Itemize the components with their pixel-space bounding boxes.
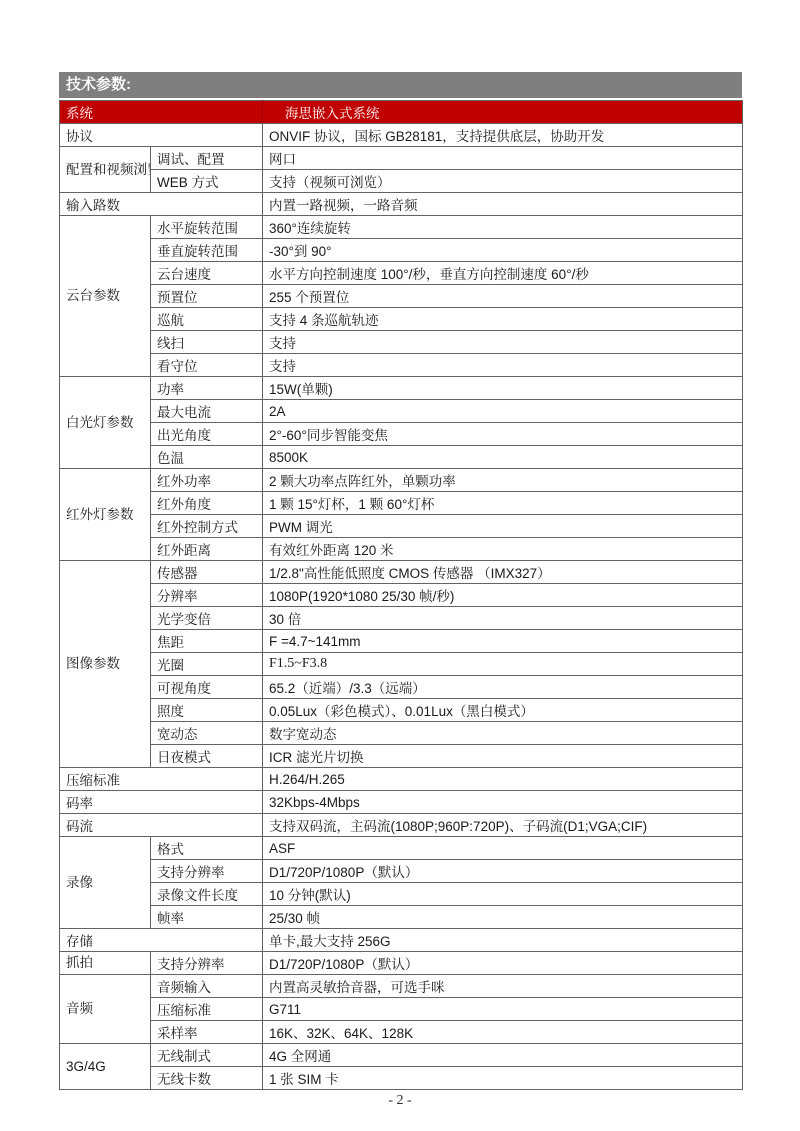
spec-param-cell: 预置位 bbox=[151, 285, 263, 308]
spec-param-cell: 光学变倍 bbox=[151, 607, 263, 630]
spec-row: 线扫支持 bbox=[60, 331, 743, 354]
spec-row: 红外角度1 颗 15°灯杯，1 颗 60°灯杯 bbox=[60, 492, 743, 515]
spec-label-cell: 压缩标准 bbox=[60, 768, 263, 791]
spec-param-cell: 调试、配置 bbox=[151, 147, 263, 170]
spec-param-cell: 日夜模式 bbox=[151, 745, 263, 768]
spec-value-cell: 0.05Lux（彩色模式）、0.01Lux（黑白模式） bbox=[263, 699, 743, 722]
spec-value-cell: 15W(单颗) bbox=[263, 377, 743, 400]
spec-row: 最大电流2A bbox=[60, 400, 743, 423]
spec-row: 3G/4G无线制式4G 全网通 bbox=[60, 1044, 743, 1067]
spec-param-cell: 红外控制方式 bbox=[151, 515, 263, 538]
spec-row: 照度0.05Lux（彩色模式）、0.01Lux（黑白模式） bbox=[60, 699, 743, 722]
spec-value-cell: D1/720P/1080P（默认） bbox=[263, 860, 743, 883]
spec-row: 抓拍支持分辨率D1/720P/1080P（默认） bbox=[60, 952, 743, 975]
spec-table: 系统海思嵌入式系统协议ONVIF 协议，国标 GB28181，支持提供底层，协助… bbox=[59, 100, 743, 1090]
spec-row: 无线卡数1 张 SIM 卡 bbox=[60, 1067, 743, 1090]
spec-table-body: 系统海思嵌入式系统协议ONVIF 协议，国标 GB28181，支持提供底层，协助… bbox=[60, 101, 743, 1090]
spec-category-cell: 音频 bbox=[60, 975, 151, 1044]
spec-row: 码流支持双码流，主码流(1080P;960P:720P)、子码流(D1;VGA;… bbox=[60, 814, 743, 837]
spec-row: 宽动态数字宽动态 bbox=[60, 722, 743, 745]
system-value-cell: 海思嵌入式系统 bbox=[263, 101, 743, 124]
spec-row: 录像格式ASF bbox=[60, 837, 743, 860]
spec-row: 录像文件长度10 分钟(默认) bbox=[60, 883, 743, 906]
section-title-bar: 技术参数: bbox=[59, 72, 742, 98]
spec-category-cell: 红外灯参数 bbox=[60, 469, 151, 561]
spec-value-cell: 支持 4 条巡航轨迹 bbox=[263, 308, 743, 331]
spec-value-cell: 数字宽动态 bbox=[263, 722, 743, 745]
spec-value-cell: 支持双码流，主码流(1080P;960P:720P)、子码流(D1;VGA;CI… bbox=[263, 814, 743, 837]
spec-param-cell: 巡航 bbox=[151, 308, 263, 331]
spec-value-cell: D1/720P/1080P（默认） bbox=[263, 952, 743, 975]
spec-row: 红外灯参数红外功率2 颗大功率点阵红外，单颗功率 bbox=[60, 469, 743, 492]
spec-value-cell: F1.5~F3.8 bbox=[263, 653, 743, 676]
spec-param-cell: 色温 bbox=[151, 446, 263, 469]
spec-row: 配置和视频浏览方式调试、配置网口 bbox=[60, 147, 743, 170]
spec-value-cell: -30°到 90° bbox=[263, 239, 743, 262]
spec-value-cell: 内置高灵敏拾音器，可选手咪 bbox=[263, 975, 743, 998]
spec-value-cell: 1 张 SIM 卡 bbox=[263, 1067, 743, 1090]
spec-category-cell: 配置和视频浏览方式 bbox=[60, 147, 151, 193]
spec-param-cell: 帧率 bbox=[151, 906, 263, 929]
spec-row: 可视角度65.2（近端）/3.3（远端） bbox=[60, 676, 743, 699]
spec-value-cell: 1080P(1920*1080 25/30 帧/秒) bbox=[263, 584, 743, 607]
spec-row: 存储单卡,最大支持 256G bbox=[60, 929, 743, 952]
spec-row: 云台速度水平方向控制速度 100°/秒，垂直方向控制速度 60°/秒 bbox=[60, 262, 743, 285]
spec-row: 焦距F =4.7~141mm bbox=[60, 630, 743, 653]
spec-value-cell: 网口 bbox=[263, 147, 743, 170]
spec-row: 图像参数传感器1/2.8"高性能低照度 CMOS 传感器 （IMX327） bbox=[60, 561, 743, 584]
spec-label-cell: 码率 bbox=[60, 791, 263, 814]
spec-row: 光圈F1.5~F3.8 bbox=[60, 653, 743, 676]
spec-label-cell: 码流 bbox=[60, 814, 263, 837]
spec-value-cell: 360°连续旋转 bbox=[263, 216, 743, 239]
spec-row: 帧率25/30 帧 bbox=[60, 906, 743, 929]
spec-value-cell: 8500K bbox=[263, 446, 743, 469]
spec-param-cell: 线扫 bbox=[151, 331, 263, 354]
page-number: - 2 - bbox=[0, 1093, 800, 1109]
spec-value-cell: 支持（视频可浏览） bbox=[263, 170, 743, 193]
spec-value-cell: 单卡,最大支持 256G bbox=[263, 929, 743, 952]
spec-row: WEB 方式支持（视频可浏览） bbox=[60, 170, 743, 193]
spec-param-cell: WEB 方式 bbox=[151, 170, 263, 193]
spec-value-cell: 1 颗 15°灯杯，1 颗 60°灯杯 bbox=[263, 492, 743, 515]
spec-param-cell: 压缩标准 bbox=[151, 998, 263, 1021]
spec-row: 码率32Kbps-4Mbps bbox=[60, 791, 743, 814]
spec-param-cell: 宽动态 bbox=[151, 722, 263, 745]
spec-row: 输入路数内置一路视频，一路音频 bbox=[60, 193, 743, 216]
spec-param-cell: 看守位 bbox=[151, 354, 263, 377]
spec-value-cell: 2A bbox=[263, 400, 743, 423]
spec-param-cell: 分辨率 bbox=[151, 584, 263, 607]
spec-row: 预置位255 个预置位 bbox=[60, 285, 743, 308]
spec-value-cell: G711 bbox=[263, 998, 743, 1021]
spec-param-cell: 出光角度 bbox=[151, 423, 263, 446]
system-header-row: 系统海思嵌入式系统 bbox=[60, 101, 743, 124]
spec-row: 白光灯参数功率15W(单颗) bbox=[60, 377, 743, 400]
spec-value-cell: ASF bbox=[263, 837, 743, 860]
spec-row: 音频音频输入内置高灵敏拾音器，可选手咪 bbox=[60, 975, 743, 998]
spec-param-cell: 无线制式 bbox=[151, 1044, 263, 1067]
spec-category-cell: 3G/4G bbox=[60, 1044, 151, 1090]
spec-value-cell: 支持 bbox=[263, 354, 743, 377]
spec-row: 看守位支持 bbox=[60, 354, 743, 377]
spec-value-cell: 16K、32K、64K、128K bbox=[263, 1021, 743, 1044]
spec-row: 压缩标准G711 bbox=[60, 998, 743, 1021]
spec-category-cell: 图像参数 bbox=[60, 561, 151, 768]
spec-value-cell: 内置一路视频，一路音频 bbox=[263, 193, 743, 216]
spec-param-cell: 红外功率 bbox=[151, 469, 263, 492]
spec-param-cell: 垂直旋转范围 bbox=[151, 239, 263, 262]
spec-value-cell: 2°-60°同步智能变焦 bbox=[263, 423, 743, 446]
spec-category-cell: 云台参数 bbox=[60, 216, 151, 377]
spec-param-cell: 照度 bbox=[151, 699, 263, 722]
spec-value-cell: F =4.7~141mm bbox=[263, 630, 743, 653]
spec-param-cell: 光圈 bbox=[151, 653, 263, 676]
spec-param-cell: 红外距离 bbox=[151, 538, 263, 561]
spec-value-cell: 2 颗大功率点阵红外，单颗功率 bbox=[263, 469, 743, 492]
spec-label-cell: 输入路数 bbox=[60, 193, 263, 216]
spec-param-cell: 支持分辨率 bbox=[151, 952, 263, 975]
spec-label-cell: 协议 bbox=[60, 124, 263, 147]
spec-category-cell: 抓拍 bbox=[60, 952, 151, 975]
spec-row: 日夜模式ICR 滤光片切换 bbox=[60, 745, 743, 768]
spec-param-cell: 采样率 bbox=[151, 1021, 263, 1044]
spec-param-cell: 传感器 bbox=[151, 561, 263, 584]
spec-value-cell: 支持 bbox=[263, 331, 743, 354]
spec-value-cell: 255 个预置位 bbox=[263, 285, 743, 308]
spec-row: 出光角度2°-60°同步智能变焦 bbox=[60, 423, 743, 446]
spec-value-cell: ICR 滤光片切换 bbox=[263, 745, 743, 768]
spec-row: 红外控制方式PWM 调光 bbox=[60, 515, 743, 538]
spec-row: 采样率16K、32K、64K、128K bbox=[60, 1021, 743, 1044]
spec-row: 分辨率1080P(1920*1080 25/30 帧/秒) bbox=[60, 584, 743, 607]
spec-param-cell: 焦距 bbox=[151, 630, 263, 653]
spec-value-cell: 1/2.8"高性能低照度 CMOS 传感器 （IMX327） bbox=[263, 561, 743, 584]
spec-value-cell: 32Kbps-4Mbps bbox=[263, 791, 743, 814]
spec-category-cell: 白光灯参数 bbox=[60, 377, 151, 469]
spec-value-cell: PWM 调光 bbox=[263, 515, 743, 538]
document-page: 技术参数: 系统海思嵌入式系统协议ONVIF 协议，国标 GB28181，支持提… bbox=[0, 0, 800, 1131]
spec-param-cell: 云台速度 bbox=[151, 262, 263, 285]
spec-value-cell: 25/30 帧 bbox=[263, 906, 743, 929]
spec-row: 巡航支持 4 条巡航轨迹 bbox=[60, 308, 743, 331]
spec-row: 垂直旋转范围-30°到 90° bbox=[60, 239, 743, 262]
system-label-cell: 系统 bbox=[60, 101, 263, 124]
section-title: 技术参数: bbox=[66, 76, 131, 93]
spec-value-cell: ONVIF 协议，国标 GB28181，支持提供底层，协助开发 bbox=[263, 124, 743, 147]
spec-param-cell: 功率 bbox=[151, 377, 263, 400]
spec-row: 支持分辨率D1/720P/1080P（默认） bbox=[60, 860, 743, 883]
spec-param-cell: 支持分辨率 bbox=[151, 860, 263, 883]
spec-param-cell: 音频输入 bbox=[151, 975, 263, 998]
spec-param-cell: 水平旋转范围 bbox=[151, 216, 263, 239]
spec-row: 云台参数水平旋转范围360°连续旋转 bbox=[60, 216, 743, 239]
spec-label-cell: 存储 bbox=[60, 929, 263, 952]
spec-param-cell: 最大电流 bbox=[151, 400, 263, 423]
spec-param-cell: 无线卡数 bbox=[151, 1067, 263, 1090]
spec-value-cell: 65.2（近端）/3.3（远端） bbox=[263, 676, 743, 699]
spec-value-cell: 4G 全网通 bbox=[263, 1044, 743, 1067]
spec-param-cell: 可视角度 bbox=[151, 676, 263, 699]
spec-row: 色温8500K bbox=[60, 446, 743, 469]
spec-value-cell: 水平方向控制速度 100°/秒，垂直方向控制速度 60°/秒 bbox=[263, 262, 743, 285]
spec-row: 红外距离有效红外距离 120 米 bbox=[60, 538, 743, 561]
spec-value-cell: 有效红外距离 120 米 bbox=[263, 538, 743, 561]
spec-row: 压缩标准H.264/H.265 bbox=[60, 768, 743, 791]
spec-value-cell: 30 倍 bbox=[263, 607, 743, 630]
spec-category-cell: 录像 bbox=[60, 837, 151, 929]
spec-param-cell: 格式 bbox=[151, 837, 263, 860]
spec-param-cell: 录像文件长度 bbox=[151, 883, 263, 906]
spec-value-cell: 10 分钟(默认) bbox=[263, 883, 743, 906]
spec-value-cell: H.264/H.265 bbox=[263, 768, 743, 791]
spec-row: 协议ONVIF 协议，国标 GB28181，支持提供底层，协助开发 bbox=[60, 124, 743, 147]
spec-param-cell: 红外角度 bbox=[151, 492, 263, 515]
spec-row: 光学变倍30 倍 bbox=[60, 607, 743, 630]
